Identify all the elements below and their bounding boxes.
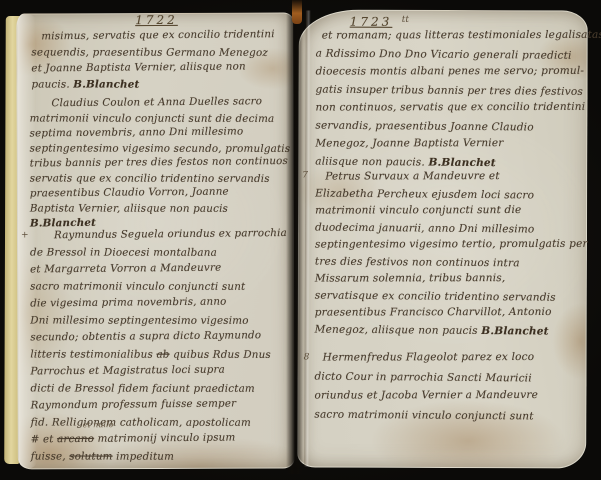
- line-text: impeditum: [113, 451, 174, 463]
- line-text: solutum: [69, 451, 112, 463]
- line-text: die vigesima prima novembris, anno: [30, 296, 226, 310]
- line-text: et Joanne Baptista Vernier, aliisque non: [31, 60, 245, 74]
- line-text: septingentesimo vigesimo tertio, promulg…: [315, 238, 588, 251]
- line-text: Missarum solemnia, tribus bannis,: [315, 272, 506, 284]
- manuscript-line: Petrus Survaux a Mandeuvre et: [315, 168, 588, 186]
- line-text: duodecima januarii, anno Dni millesimo: [315, 222, 535, 236]
- manuscript-line: non continuos, servatis que ex concilio …: [315, 98, 601, 117]
- line-text: misimus, servatis que ex concilio triden…: [41, 28, 275, 42]
- line-text: Hermenfredus Flageolot parez ex loco: [323, 351, 535, 364]
- line-text: Petrus Survaux a Mandeuvre et: [325, 170, 500, 182]
- manuscript-line: sacro matrimonii vinculo conjuncti sunt: [314, 406, 538, 427]
- manuscript-line: praesentibus Claudio Vorron, Joanne: [30, 184, 291, 202]
- line-text: secundo; obtentis a supra dicto Raymundo: [30, 329, 261, 343]
- manuscript-line: Menegoz, Joanne Baptista Vernier: [315, 134, 601, 153]
- line-text: de Bressol in Dioecesi montalbana: [30, 246, 217, 258]
- line-text: fuisse,: [31, 450, 70, 462]
- manuscript-line: et Joanne Baptista Vernier, aliisque non: [31, 58, 275, 76]
- line-text: Dni millesimo septingentesimo vigesimo: [30, 314, 248, 326]
- binding-cord: [292, 0, 302, 24]
- right-lines: et romanam; quas litteras testimoniales …: [298, 11, 587, 468]
- register-entry: misimus, servatis que ex concilio triden…: [31, 28, 275, 93]
- line-text: et romanam; quas litteras testimoniales …: [322, 29, 601, 42]
- manuscript-line: septima novembris, anno Dni millesimo: [30, 124, 291, 142]
- register-entry: Petrus Survaux a Mandeuvre etElizabetha …: [315, 169, 588, 340]
- line-text: paucis.: [31, 78, 73, 90]
- line-text: Menegoz, Joanne Baptista Vernier: [315, 137, 503, 149]
- manuscript-line: Raymundus Seguela oriundus ex parrochia: [30, 225, 287, 244]
- line-text: matrimonii vinculo conjuncti sunt die: [315, 204, 521, 217]
- line-text: a Rdissimo Dno Dno Vicario generali prae…: [316, 48, 572, 62]
- line-text: Raymondum professum fuisse semper: [31, 397, 237, 411]
- line-text: et Margarreta Vorron a Mandeuvre: [30, 262, 221, 276]
- inserted-note: et nullo: [83, 420, 114, 429]
- manuscript-line: Menegoz, aliisque non paucis B.Blanchet: [315, 322, 588, 341]
- line-text: servatis que ex concilio tridentino serv…: [30, 172, 270, 184]
- line-text: tres dies festivos non continuos intra: [315, 256, 520, 270]
- line-text: praesentibus Claudio Vorron, Joanne: [30, 186, 229, 200]
- manuscript-line: paucis. B.Blanchet: [31, 76, 274, 92]
- line-text: matrimonij vinculo ipsum: [94, 431, 235, 444]
- manuscript-line: tribus bannis per tres dies festos non c…: [30, 154, 291, 172]
- gutter-shadow: [286, 6, 303, 474]
- line-text: Claudius Coulon et Anna Duelles sacro: [51, 95, 262, 109]
- manuscript-line: septingentesimo vigesimo tertio, promulg…: [315, 236, 588, 254]
- margin-mark: 8: [304, 353, 310, 363]
- manuscript-line: et romanam; quas litteras testimoniales …: [316, 26, 601, 45]
- manuscript-line: et Margarreta Vorron a Mandeuvre: [30, 259, 287, 278]
- manuscript-line: Parrochus et Magistratus loci supra: [30, 361, 287, 380]
- line-text: Elizabetha Percheux ejusdem loci sacro: [315, 188, 534, 202]
- manuscript-line: Claudius Coulon et Anna Duelles sacro: [29, 94, 290, 112]
- line-text: fid. Relligionem catholicam, apostolicam: [31, 416, 251, 428]
- manuscript-line: fuisse, solutum impeditum: [31, 448, 288, 465]
- margin-mark: +: [21, 230, 29, 240]
- signature: B.Blanchet: [73, 79, 139, 91]
- line-text: Raymundus Seguela oriundus ex parrochia: [54, 227, 287, 241]
- line-text: ab: [156, 349, 169, 361]
- line-text: Parrochus et Magistratus loci supra: [30, 364, 225, 378]
- register-entry: Raymundus Seguela oriundus ex parrochiad…: [30, 227, 288, 466]
- manuscript-line: Hermenfredus Flageolot parez ex loco: [315, 348, 539, 368]
- line-text: non continuos, servatis que ex concilio …: [315, 101, 585, 114]
- line-text: dioecesis montis albani penes me servo; …: [316, 65, 585, 78]
- margin-mark: tt: [402, 15, 409, 25]
- line-text: sequendis, praesentibus Germano Menegoz: [31, 46, 268, 58]
- line-text: praesentibus Francisco Charvillot, Anton…: [315, 306, 552, 319]
- line-text: gatis insuper tribus bannis per tres die…: [315, 84, 583, 98]
- manuscript-line: # et arcano matrimonij vinculo ipsum: [31, 429, 288, 448]
- line-text: matrimonii vinculo conjuncti sunt die de…: [30, 112, 275, 124]
- register-entry: Claudius Coulon et Anna Duelles sacromat…: [29, 96, 290, 232]
- manuscript-line: Missarum solemnia, tribus bannis,: [315, 270, 588, 288]
- manuscript-line: dioecesis montis albani penes me servo; …: [316, 62, 601, 81]
- manuscript-line: misimus, servatis que ex concilio triden…: [31, 26, 275, 44]
- left-lines: misimus, servatis que ex concilio triden…: [17, 14, 294, 469]
- margin-mark: 7: [302, 171, 308, 181]
- line-text: dicti de Bressol fidem faciunt praedicta…: [31, 382, 255, 394]
- line-text: dicto Cour in parrochia Sancti Mauricii: [314, 371, 531, 385]
- signature: B.Blanchet: [481, 325, 548, 338]
- manuscript-line: praesentibus Francisco Charvillot, Anton…: [315, 304, 588, 322]
- line-text: quibus Rdus Dnus: [170, 349, 271, 361]
- line-text: Menegoz, aliisque non paucis: [315, 324, 482, 337]
- line-text: sacro matrimonii vinculo conjuncti sunt: [314, 409, 533, 423]
- register-entry: Hermenfredus Flageolot parez ex locodict…: [314, 349, 538, 426]
- line-text: septingentesimo vigesimo secundo, promul…: [30, 142, 291, 154]
- line-text: litteris testimonialibus: [30, 348, 156, 360]
- line-text: tribus bannis per tres dies festos non c…: [30, 155, 288, 169]
- manuscript-line: matrimonii vinculo conjuncti sunt die: [315, 202, 588, 220]
- manuscript-line: oriundus et Jacoba Vernier a Mandeuvre: [314, 386, 538, 406]
- line-text: servandis, praesentibus Joanne Claudio: [315, 120, 533, 134]
- manuscript-line: secundo; obtentis a supra dicto Raymundo: [30, 327, 287, 346]
- manuscript-line: die vigesima prima novembris, anno: [30, 293, 287, 312]
- line-text: septima novembris, anno Dni millesimo: [30, 125, 244, 139]
- register-entry: et romanam; quas litteras testimoniales …: [315, 27, 601, 172]
- line-text: # et: [31, 433, 58, 445]
- left-page: 1722 misimus, servatis que ex concilio t…: [16, 13, 295, 470]
- line-text: sacro matrimonii vinculo conjuncti sunt: [30, 280, 245, 292]
- manuscript-line: Raymondum professum fuisse semper: [30, 395, 287, 414]
- line-text: oriundus et Jacoba Vernier a Mandeuvre: [314, 389, 538, 402]
- line-text: Baptista Vernier, aliisque non paucis: [30, 202, 228, 214]
- line-text: arcano: [57, 433, 94, 445]
- scanned-manuscript: 1722 misimus, servatis que ex concilio t…: [0, 0, 601, 480]
- right-page: 1723 et romanam; quas litteras testimoni…: [297, 9, 588, 468]
- line-text: servatisque ex concilio tridentino serva…: [315, 290, 556, 304]
- line-text: aliisque non paucis.: [315, 156, 428, 169]
